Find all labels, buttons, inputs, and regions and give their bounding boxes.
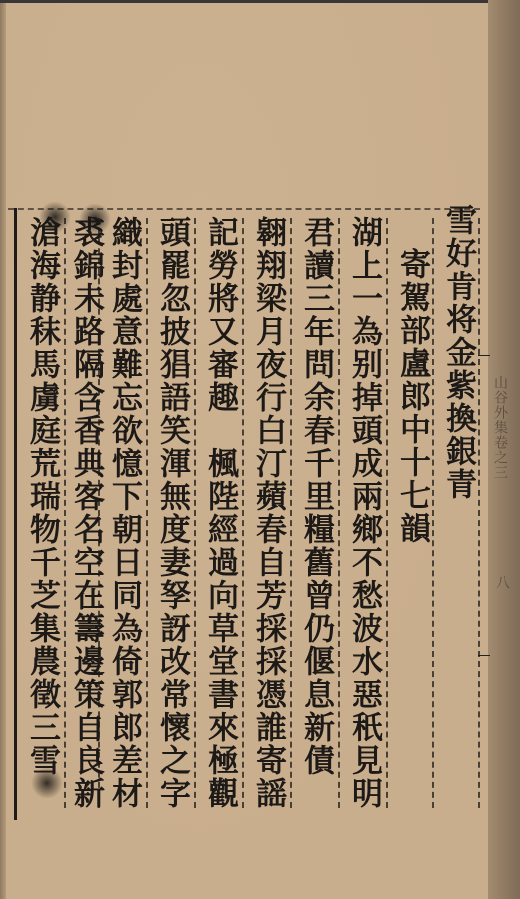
column-rule [386, 218, 388, 808]
page-top-edge [0, 0, 520, 3]
gutter-book-title: 山谷外集卷之三 [492, 375, 508, 480]
text-column-7: 頭罷忽披猖語笑渾無度妻孥訝改常懷之字 [150, 216, 194, 810]
text-block: 雪好肯将金紫換銀青 寄駕部盧郎中十七韻 湖上一為别掉頭成兩鄉不愁波水惡秖見明 君… [8, 208, 480, 820]
column-rule [242, 218, 244, 808]
page-left-edge [0, 0, 6, 899]
text-column-8: 織封處意難忘欲憶下朝日同為倚郭郎差材 [102, 216, 146, 810]
book-page: 山谷外集卷之三 八 雪好肯将金紫換銀青 寄駕部盧郎中十七韻 湖上一為别掉頭成兩鄉… [0, 0, 520, 899]
column-rule [194, 218, 196, 808]
text-column-9: 裘錦未路隔含香典客名空在籌邊策自良新 [64, 216, 108, 810]
text-column-5: 翱翔梁月夜行白汀蘋春自芳採採憑誰寄謡 [246, 216, 290, 810]
text-column-3: 湖上一為别掉頭成兩鄉不愁波水惡秖見明 [342, 216, 386, 810]
column-rule [290, 218, 292, 808]
ink-stain [78, 204, 112, 234]
text-column-4: 君讀三年問余春千里糧舊曾仍偃息新債 [294, 216, 338, 777]
frame-left-border [14, 208, 17, 820]
text-column-6: 記勞將又審趣 楓陛經過向草堂書來極觀 [198, 216, 242, 810]
text-column-2: 寄駕部盧郎中十七韻 [390, 248, 434, 545]
column-rule [146, 218, 148, 808]
column-rule [338, 218, 340, 808]
text-column-10: 滄海静秣馬虜庭荒瑞物千芝集農徵三雪 [20, 216, 64, 777]
ink-stain [30, 768, 64, 798]
gutter-leaf-number: 八 [492, 575, 512, 589]
ink-stain [38, 202, 72, 232]
text-column-1: 雪好肯将金紫換銀青 [436, 204, 480, 501]
